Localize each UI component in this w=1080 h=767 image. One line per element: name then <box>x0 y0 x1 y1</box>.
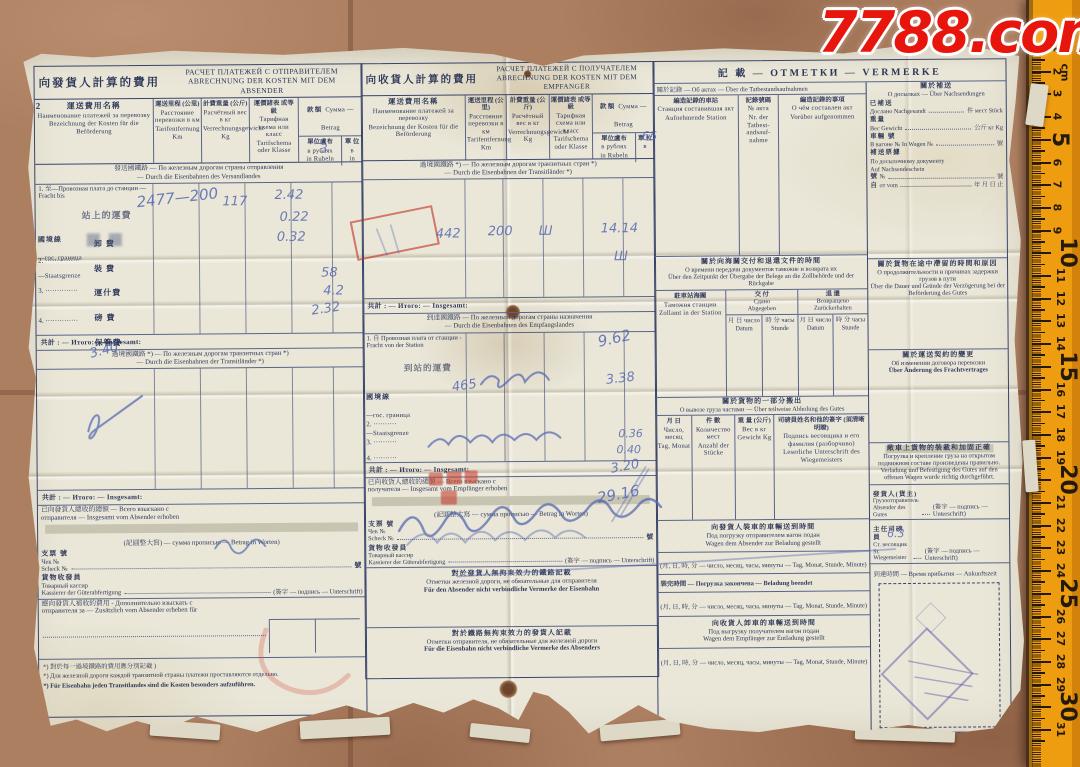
signature-line <box>124 592 270 594</box>
ruler-half-cm-tick <box>1032 400 1045 402</box>
ruler-number: 19 <box>1054 449 1067 464</box>
panel-charges-sender: 向發貨人計算的費用 РАСЧЕТ ПЛАТЕЖЕЙ С ОТПРАВИТЕЛЕМ… <box>33 63 367 718</box>
col-label: 單位盧布 <box>594 135 634 143</box>
red-stamp-character <box>441 491 457 505</box>
customs-date-col: 月 日 число Datum <box>798 315 834 396</box>
fee-label: 裝 費 <box>94 264 115 273</box>
row-2-label: 2. ·············· <box>38 256 78 264</box>
ruler-number: 10 <box>1055 237 1080 268</box>
panel-remarks: 記 載 — ОТМЕТКИ — VERMERKE 關於記錄 — Об актах… <box>652 58 1011 735</box>
ruler-cm-tick <box>1032 525 1051 527</box>
ruler-mm-ticks <box>1032 46 1041 767</box>
customs-col-handed: 交 付 Сдано Abgegeben 月 日 число Datum 時 分 … <box>726 290 799 397</box>
acts-col-number: 記錄號碼 № акта Nr. der Tatbest- andsauf- na… <box>739 95 780 255</box>
col-label: Verrechnungsgewicht Kg <box>203 125 248 141</box>
title-ru-de: РАСЧЕТ ПЛАТЕЖЕЙ С ПОЛУЧАТЕЛЕМ ABRECHNUNG… <box>484 64 650 92</box>
customs-table: 駐車站海關 Таможня станции Zollamt in der Sta… <box>655 290 868 399</box>
title-zh: 向收貨人計算的費用 <box>365 71 478 87</box>
sender-extra-space <box>39 614 366 659</box>
remarks-body: 關於記錄 — Об актах — Über die Tatbestandsau… <box>654 81 1011 756</box>
ruler-half-cm-tick <box>1032 740 1045 742</box>
ruler-cm-tick <box>1032 343 1051 345</box>
col-label: Tarifentfernung Km <box>155 126 200 142</box>
ruler-half-cm-tick <box>1032 650 1045 652</box>
col-label: Наименование платежей за перевозку <box>36 112 152 120</box>
col-cost-name: 運送費用名稱 Наименование платежей за перевозк… <box>35 99 154 164</box>
ruler-cm-tick <box>1032 366 1051 368</box>
ruler-number: 24 <box>1054 563 1067 578</box>
customs-col-office: 駐車站海關 Таможня станции Zollamt in der Sta… <box>655 291 727 398</box>
handwriting: 442 <box>436 226 461 241</box>
ruler-number: 12 <box>1054 291 1067 306</box>
customs-time-col: 時 分 часы Stunde <box>762 315 798 396</box>
band-line: 過境國鐵路 *) — По железным дорогам транзитны… <box>420 160 597 168</box>
waybill-sheet: 向發貨人計算的費用 РАСЧЕТ ПЛАТЕЖЕЙ С ОТПРАВИТЕЛЕМ… <box>23 40 1024 740</box>
row-3-label: 3. ·········· <box>366 438 396 446</box>
ruler-number: 2 <box>1050 67 1063 75</box>
ruler-half-cm-tick <box>1032 423 1045 425</box>
handwriting: 14.14 <box>601 221 638 236</box>
ruler-half-cm-tick <box>1032 332 1045 334</box>
customs-time-col: 時 分 часы Stunde <box>833 314 868 395</box>
ruler-number: 4 <box>1050 113 1063 121</box>
consignee-cashier-row: 貨物收發員 Товарный кассир Kassierer der Güte… <box>365 542 657 568</box>
col-label: in Rubeln <box>300 156 340 164</box>
handwriting: 0.36 <box>618 427 643 440</box>
row-4-label: 4. ·········· <box>366 454 396 462</box>
station-freight-zh: 到站的運費 <box>404 361 452 373</box>
ruler-cm-tick <box>1032 706 1051 708</box>
customs-col-returned: 退 還 Возвращено Zurückerhalten 月 日 число … <box>798 290 868 397</box>
contract-change-block: 關於運送契約的變更 Об изменении договора перевозк… <box>869 349 1009 443</box>
band-line: 過境國鐵路 *) — По железным дорогам транзитны… <box>112 350 289 358</box>
col-label: in Rubeln <box>594 152 634 160</box>
border-crossing-block: 國境線 —гос. граница —Staatsgrenze <box>366 385 464 440</box>
ruler-half-cm-tick <box>1032 672 1045 674</box>
fee-label: 運什費 <box>94 289 121 298</box>
col-label: Tarifschema oder Klasse <box>251 140 297 156</box>
ruler-half-cm-tick <box>1032 627 1045 629</box>
goods-sender-signature: 發貨人(貨主)ГрузоотправительAbsender des Gute… <box>870 484 1009 521</box>
ruler-number: 17 <box>1054 404 1067 419</box>
partial-col-signature: 司磅員姓名和他的簽字 (須清晰明瞭) Подпись весовщика и е… <box>774 415 869 520</box>
handwriting: 58 <box>321 265 338 280</box>
signature-note: (簽字 — подпись — Unterschrift) <box>933 502 1006 519</box>
ruler-cm-tick <box>1032 389 1051 391</box>
loading-finished: 裝完時間 — Погрузка закончена — Beladung bee… <box>657 573 869 593</box>
amount-subcols: 單位盧布 в рублях in Rubeln 單 位 в in <box>299 137 362 166</box>
band-line: — Durch die Eisenbahnen des Empfangsland… <box>445 322 574 330</box>
ruler-cm-tick <box>1032 320 1051 322</box>
col-label: в <box>343 147 361 155</box>
fee-labels: 卸 費 裝 費 運什費 磅 費 保管費 <box>94 230 122 354</box>
ruler-half-cm-tick <box>1032 559 1045 561</box>
band-line: — Durch die Eisenbahnen des Versandlande… <box>137 173 261 181</box>
datetime-note: (月, 日, 時, 分 — число, месяц, часы, минуты… <box>658 647 870 676</box>
col-label: Расчётный вес в кг <box>508 113 548 128</box>
ruler-cm-tick <box>1032 638 1051 640</box>
ruler-number: 30 <box>1055 691 1080 722</box>
ruler-cm-tick <box>1032 184 1051 186</box>
footnote-ru: *) Для железной дороги каждой транзитной… <box>43 671 279 680</box>
red-stamp-character <box>465 470 478 483</box>
ruler-cm-tick <box>1032 71 1051 73</box>
partial-col-pieces: 件 數 Количество мест Anzahl der Stücke <box>692 416 736 520</box>
page-number: 2 <box>36 101 41 111</box>
check-labels: 支票 號 Чек № Scheck № <box>41 551 68 573</box>
forwarding-block: 關於補送 О досылках — Über Nachsendungen 已補送… <box>867 81 1007 259</box>
ruler-cm-tick <box>1032 275 1051 277</box>
check-no: 號 <box>646 531 654 541</box>
handwriting: 3 <box>320 142 328 156</box>
stamped-character <box>109 233 122 246</box>
partial-removal-header: 關於貨物的一部分搬出 О вывозе груза частями — Über… <box>656 397 868 417</box>
ruler-number: 16 <box>1054 381 1067 396</box>
band-line: — Durch die Eisenbahnen der Transitlände… <box>137 358 264 366</box>
ruler-cm-tick <box>1032 411 1051 413</box>
col-label: Bezeichnung der Kosten für die Beförderu… <box>36 120 152 136</box>
ruler-number: 22 <box>1054 518 1067 533</box>
ruler-cm-tick <box>1032 162 1051 164</box>
acts-col-station: 編造記錄的車站 Станция составившая акт Aufnehme… <box>654 95 740 256</box>
ruler-half-cm-tick <box>1032 354 1045 356</box>
col-weight: 計費重量 (公斤) Расчётный вес в кг Verrechnung… <box>202 99 251 163</box>
fill-line <box>397 537 643 540</box>
col-weight: 計費重量 (公斤) Расчётный вес в кг Verrechnung… <box>507 95 551 159</box>
additional-line: отправителя за — Zusätzlich vom Absender… <box>42 607 198 615</box>
col-label: Tarifentfernung Km <box>467 137 505 152</box>
loading-correct-block: 敞車上貨物的裝載和加固正確 Погрузка и крепление груза… <box>869 442 1008 485</box>
ruler-number: 14 <box>1054 336 1067 351</box>
signature-line <box>448 561 562 563</box>
forwarding-rude: О досылках — Über Nachsendungen <box>888 90 985 98</box>
acts-table: 編造記錄的車站 Станция составившая акт Aufnehme… <box>654 94 867 257</box>
amount-header: 款 額 Сумма — Betrag <box>299 98 362 137</box>
ruler-cm-tick <box>1032 502 1051 504</box>
handwriting: Ш <box>614 249 628 264</box>
col-label: Наименование платежей за перевозку <box>363 107 464 123</box>
ruler-number: 31 <box>1054 722 1067 737</box>
remark-de: Für den Absender nicht verbindliche Verm… <box>424 585 599 593</box>
cashier-labels: 貨物收發員 Товарный кассир Kassierer der Güte… <box>368 544 445 566</box>
acts-col-subject: 編造記錄的事項 О чём составлен акт Vorüber aufg… <box>779 94 867 255</box>
col-label: 運送里程 (公里) <box>467 97 505 112</box>
title-zh: 向發貨人計算的費用 <box>39 74 161 91</box>
red-stamp-character <box>429 473 443 486</box>
ruler-half-cm-tick <box>1032 264 1045 266</box>
footnote-de: *) Für Eisenbahn jeden Transitlandes sin… <box>43 681 255 690</box>
col-label: 款 額 <box>600 103 614 110</box>
col-amount: 款 額 Сумма — Betrag 單位盧布 в рублях in Rube… <box>299 98 363 162</box>
ruler-cm-tick <box>1032 570 1051 572</box>
col-label: Тарифная схема или класс <box>551 112 591 135</box>
ruler-number: 26 <box>1054 608 1067 623</box>
ruler-cm-tick <box>1032 684 1051 686</box>
handwriting: 4.2 <box>323 283 344 298</box>
ruler-number: 20 <box>1055 464 1080 495</box>
panel-charges-consignee: 向收貨人計算的費用 РАСЧЕТ ПЛАТЕЖЕЙ С ПОЛУЧАТЕЛЕМ … <box>360 61 659 679</box>
check-labels: 支票 號 Чек № Scheck № <box>368 521 394 543</box>
col-label: Сумма — Betrag <box>614 103 647 128</box>
ruler-cm-tick <box>1032 230 1051 232</box>
ruler-half-cm-tick <box>1032 581 1045 583</box>
partial-col-date: 月 日 Число, месяц Tag, Monat <box>656 416 693 520</box>
ruler-number: 15 <box>1055 351 1080 382</box>
col-kopeks: 單 位 в in <box>342 137 362 166</box>
station-freight-zh: 站上的運費 <box>82 208 132 221</box>
forwarding-zh: 關於補送 <box>920 82 952 90</box>
signature-note: (簽字 — подпись — Unterschrift) <box>565 555 654 565</box>
customs-header: 關於向海關交付和退還文件的時間 О времени передачи докум… <box>655 255 867 291</box>
fill-line <box>71 567 351 570</box>
sender-check-row: 支票 號 Чек № Scheck № 號 <box>38 548 365 575</box>
fill-line <box>43 635 266 638</box>
border-ru: —гос. граница <box>366 412 410 419</box>
partial-col-weight: 重 量 (公斤) Вес в кг Gewicht Kg <box>735 415 775 519</box>
border-de: —Staatsgrenze <box>38 272 81 279</box>
remark-de: Für die Eisenbahn nicht verbindliche Ver… <box>424 645 600 653</box>
remark-zh: 對於鐵路無拘束效力的發貨人記載 <box>452 629 572 638</box>
datetime-note: (月, 日, 時, 分 — число, месяц, часы, минуты… <box>657 551 869 575</box>
ruler-half-cm-tick <box>1032 718 1045 720</box>
ruler-number: 29 <box>1054 676 1067 691</box>
ruler-number: 13 <box>1054 313 1067 328</box>
col-label: 運送費用名稱 <box>363 97 464 106</box>
col-label: в <box>637 143 653 151</box>
7788-watermark: 7788.com <box>818 0 1080 66</box>
paper-hole <box>498 680 518 698</box>
border-zh: 國境線 <box>38 235 62 243</box>
signature-note: (簽字 — подпись — Unterschrift) <box>273 586 362 596</box>
sender-mini-table <box>269 618 360 653</box>
ruler-number: 11 <box>1054 268 1067 283</box>
sender-remarks-section: 對於鐵路無拘束效力的發貨人記載 Отметки отправителя, не … <box>366 625 658 657</box>
ruler-cm-tick <box>1032 593 1051 595</box>
ruler-half-cm-tick <box>1032 695 1045 697</box>
col-label: Расстояние перевозки в км <box>467 113 505 136</box>
handwriting: 0.32 <box>277 230 306 245</box>
railway-remarks-section: 對於發貨人無拘束效力的鐵路記載 Отметки железной дороги,… <box>365 565 657 597</box>
panel-consignee-title: 向收貨人計算的費用 РАСЧЕТ ПЛАТЕЖЕЙ С ПОЛУЧАТЕЛЕМ … <box>361 62 653 96</box>
footnote-zh: *) 對於每一過境鐵路的費用應分別記載 ) <box>43 663 156 671</box>
ruler-number: 3 <box>1050 90 1063 98</box>
customs-date-col: 月 日 число Datum <box>726 315 763 396</box>
forwarding-rows: 已補送Дослано Nachgesandt件 мест Stück 重量Вес… <box>867 98 1007 191</box>
col-distance: 運送里程 (公里) Расстояние перевозки в км Tari… <box>466 95 508 159</box>
ruler-number: 21 <box>1054 495 1067 510</box>
col-distance: 運送里程 (公里) Расстояние перевозки в км Tari… <box>154 99 203 163</box>
ruler-half-cm-tick <box>1032 150 1045 152</box>
signature-note: (簽字 — подпись — Unterschrift) <box>925 545 1007 562</box>
col-label: 運價諸表 或等級 <box>251 100 297 115</box>
border-de: —Staatsgrenze <box>366 430 409 437</box>
handwriting: 200 <box>488 224 513 239</box>
ruler-number: 9 <box>1050 226 1063 234</box>
col-label: 計費重量 (公斤) <box>203 101 248 109</box>
ruler-half-cm-tick <box>1032 604 1045 606</box>
row-freight-from-station: 1. 自 Провозная плата от станции - Fracht… <box>364 333 468 350</box>
photo-of-railway-waybill: cm 1234567891011121314151617181920212223… <box>0 0 1080 767</box>
ruler-cm-tick <box>1032 207 1051 209</box>
ruler-half-cm-tick <box>1032 513 1045 515</box>
ruler-cm-tick <box>1032 298 1051 300</box>
ruler-half-cm-tick <box>1032 241 1045 243</box>
ruler-half-cm-tick <box>1032 127 1045 129</box>
ruler-number: 28 <box>1054 654 1067 669</box>
handwriting: 2.42 <box>274 188 303 203</box>
consignee-check-row: 支票 號 Чек № Scheck № 號 <box>365 518 657 544</box>
col-label: Тарифная схема или класс <box>251 116 297 139</box>
consignee-charge-grid: 1. 自 Провозная плата от станции - Fracht… <box>364 332 657 462</box>
col-tariff: 運價諸表 或等級 Тарифная схема или класс Tarifs… <box>550 94 594 158</box>
col-tariff: 運價諸表 或等級 Тарифная схема или класс Tarifs… <box>250 98 300 162</box>
check-no: 號 <box>354 561 362 571</box>
total-line: отправителя — Insgesamt vom Absender erh… <box>41 513 179 521</box>
red-stamp-character <box>447 471 462 484</box>
band-line: 發送國鐵路 — По железным дорогам страны отпра… <box>114 164 283 172</box>
title-ru-de: РАСЧЕТ ПЛАТЕЖЕЙ С ОТПРАВИТЕЛЕМ ABRECHNUN… <box>166 66 358 96</box>
title-de: ABRECHNUNG DER KOSTEN MIT DEM ABSENDER <box>188 76 336 95</box>
border-zh: 國境線 <box>366 393 390 401</box>
ruler-half-cm-tick <box>1032 196 1045 198</box>
title-de: ABRECHNUNG DER KOSTEN MIT DEM EMPFANGER <box>497 73 638 91</box>
handwriting: 6.3 <box>887 527 905 540</box>
col-label: в рублях <box>594 143 634 151</box>
partial-removal-table: 月 日 Число, месяц Tag, Monat 件 數 Количест… <box>656 415 869 522</box>
section-transit-railways-sender: 過境國鐵路 *) — По железным дорогам транзитны… <box>37 348 364 370</box>
wagon-loading-provided: 向發貨人裝車的車輛送到時間 Под погрузку отправителем … <box>657 520 869 553</box>
panel-sender-title: 向發貨人計算的費用 РАСЧЕТ ПЛАТЕЖЕЙ С ОТПРАВИТЕЛЕМ… <box>34 64 361 100</box>
cashier-labels: 貨物收發員 Товарный кассир Kassierer der Güte… <box>41 575 121 598</box>
title-ru: РАСЧЕТ ПЛАТЕЖЕЙ С ПОЛУЧАТЕЛЕМ <box>496 64 637 73</box>
ruler-half-cm-tick <box>1032 309 1045 311</box>
railway-remarks-space <box>366 595 658 627</box>
row-2-label: 2. ·········· <box>366 420 396 428</box>
wagon-unloading-provided: 向收貨人卸車的車輛送到時間 Под выгрузку получателем в… <box>658 615 870 648</box>
remarks-left-column: 關於記錄 — Об актах — Über die Tatbestandsau… <box>654 82 872 756</box>
col-label: 款 額 <box>307 107 321 114</box>
ruler-number: 7 <box>1050 181 1063 189</box>
ruler-half-cm-tick <box>1032 286 1045 288</box>
col-label: 運價諸表 或等級 <box>551 96 591 111</box>
ruler-cm-tick <box>1032 661 1051 663</box>
band-line: — Durch die Eisenbahnen der Transitlände… <box>445 169 572 177</box>
ruler-number: 6 <box>1050 158 1063 166</box>
ruler-cm-tick <box>1032 252 1051 254</box>
remark-zh: 對於發貨人無拘束效力的鐵路記載 <box>451 569 571 578</box>
stamped-character <box>87 233 100 246</box>
col-label: Расстояние перевозки в км <box>155 109 200 125</box>
handwriting: Ш <box>539 224 553 239</box>
col-cost-name: 運送費用名稱 Наименование платежей за перевозк… <box>362 95 466 160</box>
consignee-column-headers: 運送費用名稱 Наименование платежей за перевозк… <box>362 94 655 161</box>
ruler-cm-tick <box>1032 729 1051 731</box>
col-label: 運送里程 (公里) <box>155 101 200 109</box>
col-amount: 款 額 Сумма — Betrag 單位盧布 в рублях in Rube… <box>593 94 655 158</box>
handwriting: 65 <box>642 129 657 143</box>
col-label: 單 位 <box>343 139 361 147</box>
col-label: 運送費用名稱 <box>36 101 152 111</box>
col-rubles: 單位盧布 в рублях in Rubeln <box>593 133 636 162</box>
ruler-half-cm-tick <box>1032 218 1045 220</box>
col-label: in <box>343 156 361 164</box>
arrival-time-label: 到達時間 — Время прибытия — Ankunftszeit <box>870 563 1009 579</box>
row-3-label: 3. ·············· <box>38 286 78 294</box>
section-transit-railways-consignee: 過境國鐵路 *) — По железным дорогам транзитны… <box>362 159 654 181</box>
col-label: 計費重量 (公斤) <box>508 97 548 112</box>
ruler-number: 23 <box>1054 540 1067 555</box>
band-line: 到達國鐵路 — По железным дорогам страны назна… <box>427 314 593 322</box>
amount-strip <box>45 523 358 534</box>
handwriting: 0.22 <box>280 210 309 225</box>
sender-transit-grid <box>37 367 365 490</box>
ruler-number: 5 <box>1047 132 1072 147</box>
ruler-number: 27 <box>1054 631 1067 646</box>
sender-cashier-row: 貨物收發員 Товарный кассир Kassierer der Güte… <box>38 572 365 599</box>
ruler-cm-tick <box>1032 547 1051 549</box>
amount-header: 款 額 Сумма — Betrag <box>593 94 654 133</box>
ruler-number: 25 <box>1055 578 1080 609</box>
ruler-half-cm-tick <box>1032 377 1045 379</box>
total-line: получателя — Insgesamt vom Empfänger erh… <box>368 485 508 493</box>
fee-label: 磅 費 <box>94 313 115 322</box>
handwriting: 117 <box>222 194 247 209</box>
col-label: Bezeichnung der Kosten für die Beförderu… <box>363 123 464 139</box>
sender-column-headers: 2 運送費用名稱 Наименование платежей за перево… <box>35 98 363 166</box>
delay-block: 關於貨物在途中滯留的時間和原因 О продолжительности и пр… <box>868 258 1008 350</box>
section-dispatch-railways: 發送國鐵路 — По железным дорогам страны отпра… <box>35 163 362 185</box>
ruler-cm-tick <box>1032 434 1051 436</box>
ruler-number: 18 <box>1054 427 1067 442</box>
ruler-half-cm-tick <box>1032 173 1045 175</box>
col-label: Расчётный вес в кг <box>203 109 248 125</box>
handwriting: 0.40 <box>616 443 641 456</box>
sender-total-collected: 已向發貨人總收的總額 — Всего взыскано с отправител… <box>38 503 365 523</box>
ruler-cm-tick <box>1032 616 1051 618</box>
row-4-label: 4. ·············· <box>38 316 78 324</box>
ruler-half-cm-tick <box>1032 536 1045 538</box>
ruler-number: 8 <box>1050 204 1063 212</box>
datetime-note: (月, 日, 時, 分 — число, месяц, часы, минуты… <box>658 591 870 617</box>
footnotes: *) 對於每一過境鐵路的費用應分別記載 ) *) Для железной до… <box>39 656 366 694</box>
col-label: Verrechnungsgewicht Kg <box>508 129 548 144</box>
col-label: Tarifschema oder Klasse <box>551 136 591 151</box>
col-label: Сумма — Betrag <box>321 107 354 132</box>
